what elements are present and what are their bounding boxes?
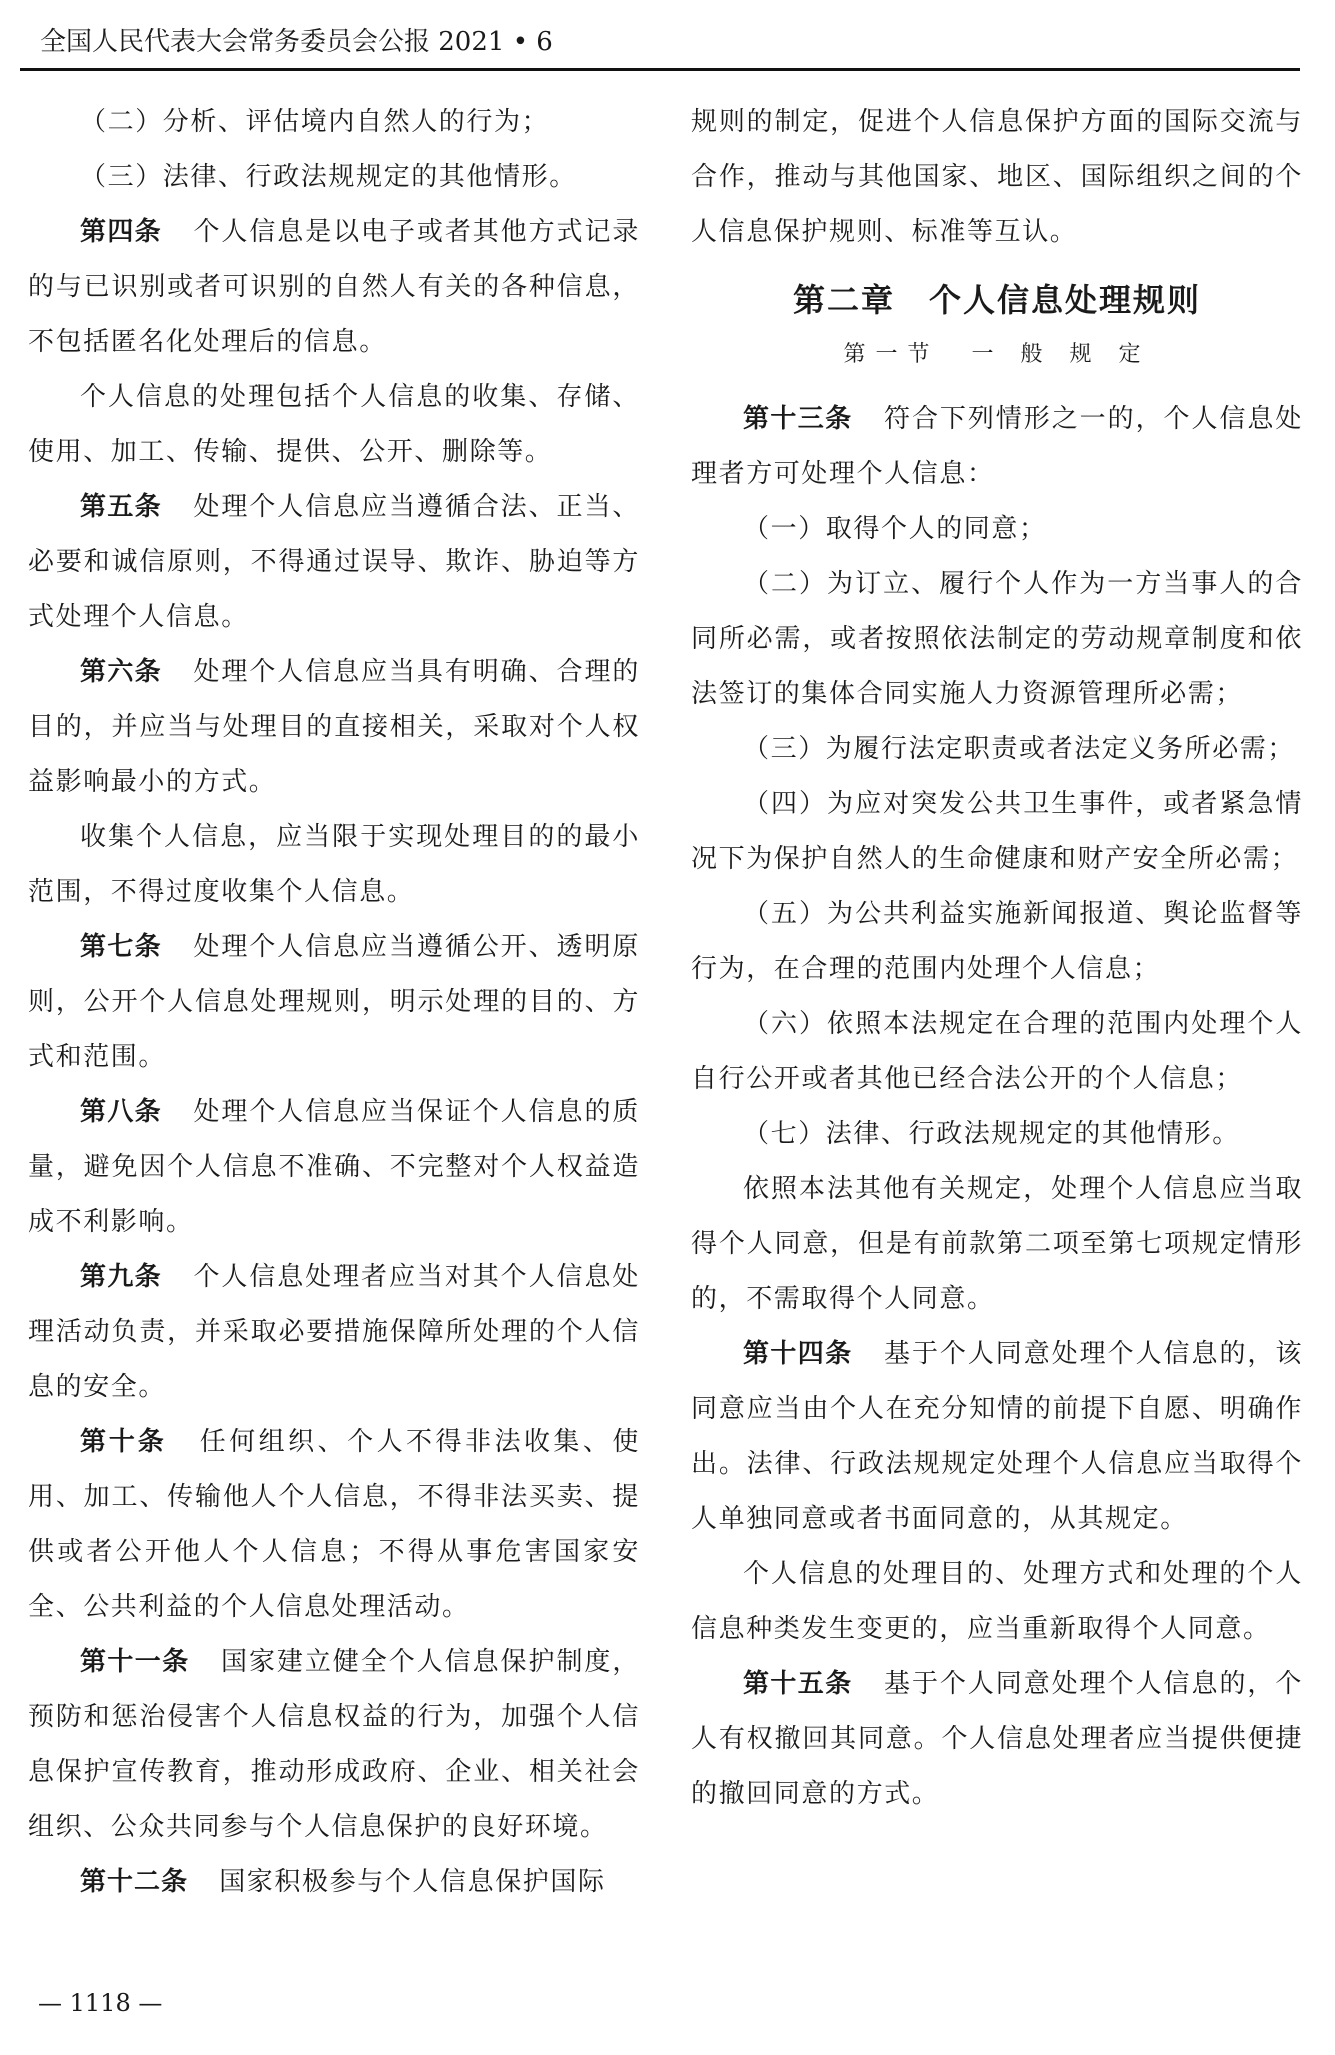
article-5: 第五条处理个人信息应当遵循合法、正当、必要和诚信原则，不得通过误导、欺诈、胁迫等… [28, 480, 640, 645]
section-title: 第一节 一 般 规 定 [691, 330, 1303, 380]
article-label: 第五条 [80, 492, 162, 522]
journal-header: 全国人民代表大会常务委员会公报 2021 • 6 [40, 24, 553, 60]
paragraph: 依照本法其他有关规定，处理个人信息应当取得个人同意，但是有前款第二项至第七项规定… [691, 1162, 1303, 1327]
article-9: 第九条个人信息处理者应当对其个人信息处理活动负责，并采取必要措施保障所处理的个人… [28, 1250, 640, 1415]
page-number: — 1118 — [38, 1988, 162, 2018]
header-rule [20, 68, 1300, 71]
article-label: 第十一条 [80, 1647, 189, 1677]
article-13: 第十三条符合下列情形之一的，个人信息处理者方可处理个人信息： [691, 392, 1303, 502]
article-label: 第九条 [80, 1262, 162, 1292]
item-paragraph: （二）分析、评估境内自然人的行为； [28, 95, 640, 150]
item-paragraph: （三）为履行法定职责或者法定义务所必需； [691, 722, 1303, 777]
article-15: 第十五条基于个人同意处理个人信息的，个人有权撤回其同意。个人信息处理者应当提供便… [691, 1657, 1303, 1822]
article-4: 第四条个人信息是以电子或者其他方式记录的与已识别或者可识别的自然人有关的各种信息… [28, 205, 640, 370]
article-label: 第八条 [80, 1097, 162, 1127]
paragraph: 个人信息的处理目的、处理方式和处理的个人信息种类发生变更的，应当重新取得个人同意… [691, 1547, 1303, 1657]
item-paragraph: （二）为订立、履行个人作为一方当事人的合同所必需，或者按照依法制定的劳动规章制度… [691, 557, 1303, 722]
article-12: 第十二条国家积极参与个人信息保护国际 [28, 1855, 640, 1910]
article-label: 第十五条 [743, 1669, 852, 1699]
article-6: 第六条处理个人信息应当具有明确、合理的目的，并应当与处理目的直接相关，采取对个人… [28, 645, 640, 810]
article-label: 第七条 [80, 932, 162, 962]
continuation-paragraph: 规则的制定，促进个人信息保护方面的国际交流与合作，推动与其他国家、地区、国际组织… [691, 95, 1303, 260]
article-label: 第六条 [80, 657, 162, 687]
item-paragraph: （六）依照本法规定在合理的范围内处理个人自行公开或者其他已经合法公开的个人信息； [691, 997, 1303, 1107]
article-11: 第十一条国家建立健全个人信息保护制度，预防和惩治侵害个人信息权益的行为，加强个人… [28, 1635, 640, 1855]
article-7: 第七条处理个人信息应当遵循公开、透明原则，公开个人信息处理规则，明示处理的目的、… [28, 920, 640, 1085]
article-label: 第十条 [80, 1427, 167, 1457]
article-label: 第十三条 [743, 404, 852, 434]
article-label: 第四条 [80, 217, 162, 247]
left-column: （二）分析、评估境内自然人的行为； （三）法律、行政法规规定的其他情形。 第四条… [28, 95, 640, 1910]
item-paragraph: （一）取得个人的同意； [691, 502, 1303, 557]
item-paragraph: （七）法律、行政法规规定的其他情形。 [691, 1107, 1303, 1162]
article-8: 第八条处理个人信息应当保证个人信息的质量，避免因个人信息不准确、不完整对个人权益… [28, 1085, 640, 1250]
item-paragraph: （三）法律、行政法规规定的其他情形。 [28, 150, 640, 205]
article-14: 第十四条基于个人同意处理个人信息的，该同意应当由个人在充分知情的前提下自愿、明确… [691, 1327, 1303, 1547]
article-label: 第十四条 [743, 1339, 852, 1369]
article-label: 第十二条 [80, 1867, 188, 1897]
right-column: 规则的制定，促进个人信息保护方面的国际交流与合作，推动与其他国家、地区、国际组织… [691, 95, 1303, 1822]
item-paragraph: （四）为应对突发公共卫生事件，或者紧急情况下为保护自然人的生命健康和财产安全所必… [691, 777, 1303, 887]
chapter-title: 第二章 个人信息处理规则 [691, 270, 1303, 330]
item-paragraph: （五）为公共利益实施新闻报道、舆论监督等行为，在合理的范围内处理个人信息； [691, 887, 1303, 997]
article-10: 第十条任何组织、个人不得非法收集、使用、加工、传输他人个人信息，不得非法买卖、提… [28, 1415, 640, 1635]
article-text: 国家积极参与个人信息保护国际 [219, 1867, 605, 1897]
paragraph: 收集个人信息，应当限于实现处理目的的最小范围，不得过度收集个人信息。 [28, 810, 640, 920]
paragraph: 个人信息的处理包括个人信息的收集、存储、使用、加工、传输、提供、公开、删除等。 [28, 370, 640, 480]
